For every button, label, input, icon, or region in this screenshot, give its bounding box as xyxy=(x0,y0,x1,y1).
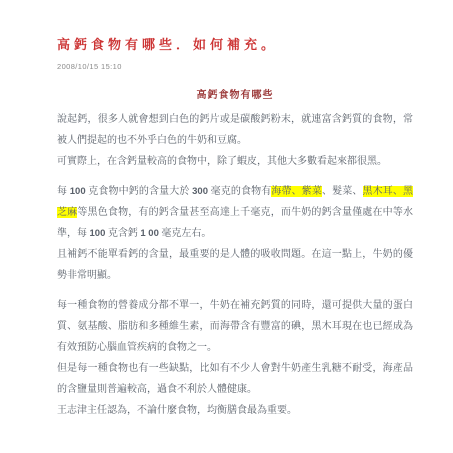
text-segment: 可實際上，在含鈣量較高的食物中，除了蝦皮，其他大多數看起來都很黑。 xyxy=(57,156,387,167)
text-segment: 毫克的食物有 xyxy=(208,186,271,197)
paragraph-1: 說起鈣，很多人就會想到白色的鈣片或是碳酸鈣粉末，就連富含鈣質的食物，常被人們提起… xyxy=(57,109,413,151)
number-text: 100 xyxy=(70,186,86,197)
article-subtitle: 高鈣食物有哪些 xyxy=(57,86,413,101)
text-segment: 克含鈣 xyxy=(105,228,140,239)
text-segment: 王志津主任認為，不論什麼食物，均衡膳食最為重要。 xyxy=(57,405,297,416)
text-segment: 毫克左右。 xyxy=(159,228,212,239)
article-body: 說起鈣，很多人就會想到白色的鈣片或是碳酸鈣粉末，就連富含鈣質的食物，常被人們提起… xyxy=(57,109,413,421)
page-title: 高鈣食物有哪些．如何補充。 xyxy=(57,34,413,53)
paragraph-4: 且補鈣不能單看鈣的含量，最重要的是人體的吸收問題。在這一點上，牛奶的優勢非常明顯… xyxy=(57,244,413,286)
text-segment: 每 xyxy=(57,186,70,197)
text-segment: 且補鈣不能單看鈣的含量，最重要的是人體的吸收問題。在這一點上，牛奶的優勢非常明顯… xyxy=(57,249,413,281)
text-segment: 但是每一種食物也有一些缺點，比如有不少人會對牛奶產生乳糖不耐受，海產品的含鹽量則… xyxy=(57,363,413,395)
article-content: 高鈣食物有哪些．如何補充。 2008/10/15 15:10 高鈣食物有哪些 說… xyxy=(0,0,453,421)
number-text: 100 xyxy=(90,228,106,239)
text-segment: 說起鈣，很多人就會想到白色的鈣片或是碳酸鈣粉末，就連富含鈣質的食物，常被人們提起… xyxy=(57,114,413,146)
post-date: 2008/10/15 15:10 xyxy=(57,62,413,71)
number-text: 300 xyxy=(192,186,208,197)
text-segment: 每一種食物的營養成分都不單一，牛奶在補充鈣質的同時，還可提供大量的蛋白質、氨基酸… xyxy=(57,300,413,353)
paragraph-6: 但是每一種食物也有一些缺點，比如有不少人會對牛奶產生乳糖不耐受，海產品的含鹽量則… xyxy=(57,358,413,400)
paragraph-5: 每一種食物的營養成分都不單一，牛奶在補充鈣質的同時，還可提供大量的蛋白質、氨基酸… xyxy=(57,295,413,358)
number-text: 1 00 xyxy=(140,228,159,239)
highlighted-text: 海帶、紫菜 xyxy=(271,186,322,197)
document-page: 高鈣食物有哪些．如何補充。 2008/10/15 15:10 高鈣食物有哪些 說… xyxy=(0,0,453,453)
text-segment: 、髮菜、 xyxy=(322,186,363,197)
paragraph-3: 每 100 克食物中鈣的含量大於 300 毫克的食物有海帶、紫菜、髮菜、黑木耳、… xyxy=(57,181,413,244)
paragraph-7: 王志津主任認為，不論什麼食物，均衡膳食最為重要。 xyxy=(57,400,413,421)
text-segment: 克食物中鈣的含量大於 xyxy=(86,186,193,197)
paragraph-2: 可實際上，在含鈣量較高的食物中，除了蝦皮，其他大多數看起來都很黑。 xyxy=(57,151,413,172)
